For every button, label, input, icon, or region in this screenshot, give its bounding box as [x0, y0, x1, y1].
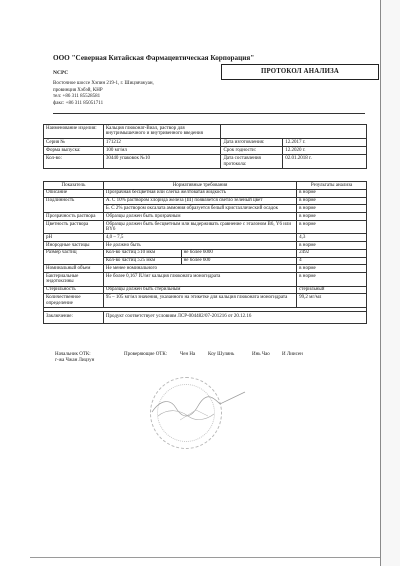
quantity-row: Кол-во: 30440 упаковок №10 Дата составле… [44, 155, 367, 169]
indicator-cell: Описание [44, 189, 104, 197]
conclusion-row: Заключение: Продукт соответствует услови… [44, 311, 367, 324]
address-line: Восточное шоссе Хэпин 219-1, г. Шицзячжу… [53, 81, 154, 88]
qc-inspectors-label: Проверяющие ОТК: [124, 352, 167, 358]
result-cell: 2492 [297, 249, 367, 257]
table-row: Цветность раствора Образцы должен быть б… [44, 220, 367, 233]
table-row: Подлинность А. С 10% раствором хлорида ж… [44, 197, 367, 205]
table-row: Размер частиц Кол-во частиц ≥10 мкм не б… [44, 249, 367, 257]
requirement-cell: Не более 0,167 IU/мг кальция глюконата м… [103, 273, 296, 286]
requirement-cell: 95 – 105 мг/мл значения, указанного на э… [103, 294, 296, 307]
conclusion-value: Продукт соответствует условиям ЛСР-00448… [103, 311, 366, 324]
limit-cell: не более 600 [181, 257, 297, 265]
indicator-cell: Бактериальные эндотоксины [44, 273, 104, 286]
product-name-row: Наименование изделия: Кальция глюконат-В… [44, 125, 367, 139]
requirement-cell: Образцы должен быть прозрачным [103, 213, 296, 221]
product-name-label: Наименование изделия: [44, 125, 104, 139]
table-row: Количественное определение 95 – 105 мг/м… [44, 294, 367, 307]
company-short-name: NCPC [53, 70, 68, 76]
limit-cell: не более 6000 [181, 249, 297, 257]
header-results: Результаты анализа [297, 182, 367, 190]
series-row: Серия № 171212 Дата изготовления: 12.201… [44, 138, 367, 146]
result-cell: в норме [297, 273, 367, 286]
head-of-qc-name: г-жа Чжан Лицзун [55, 358, 94, 364]
table-row: Стерильность Образцы должен быть стериль… [44, 286, 367, 294]
header-divider [53, 113, 365, 114]
table-row: Инородные частицы Не должно быть в норме [44, 242, 367, 250]
page-edge [380, 0, 381, 566]
empty-cell [221, 125, 367, 139]
analysis-table: Показатель Нормативные требования Резуль… [43, 181, 367, 324]
requirement-cell: Образцы должен быть бесцветным или выдер… [103, 220, 296, 233]
requirement-cell: Не менее номинального [103, 265, 296, 273]
series-value: 171212 [103, 138, 221, 146]
requirement-cell: Прозрачная бесцветная или слегка желтова… [103, 189, 296, 197]
result-cell: 4 [297, 257, 367, 265]
table-row: Номинальный объем Не менее номинального … [44, 265, 367, 273]
requirement-cell: 4,0 – 7,5 [103, 234, 296, 242]
indicator-cell: Количественное определение [44, 294, 104, 307]
page-bottom-edge [30, 557, 380, 558]
indicator-cell: Прозрачность раствора [44, 213, 104, 221]
form-label: Форма выпуска: [44, 146, 104, 154]
head-of-qc: Начальник ОТК: г-жа Чжан Лицзун [55, 352, 94, 364]
inspector-name: Чен На [180, 352, 195, 358]
result-cell: в норме [297, 205, 367, 213]
result-cell: стерильный [297, 286, 367, 294]
indicator-cell: Стерильность [44, 286, 104, 294]
result-cell: в норме [297, 189, 367, 197]
quantity-value: 30440 упаковок №10 [103, 155, 221, 169]
result-cell: в норме [297, 213, 367, 221]
protocol-date-label: Дата составления протокола: [221, 155, 283, 169]
requirement-cell: Не должно быть [103, 242, 296, 250]
result-cell: в норме [297, 242, 367, 250]
result-cell: в норме [297, 197, 367, 205]
protocol-date-value: 02.01.2018 г. [283, 155, 367, 169]
scan-margin [381, 0, 400, 566]
company-name: ООО "Северная Китайская Фармацевтическая… [53, 54, 254, 62]
result-cell: 99,2 мг/мл [297, 294, 367, 307]
header-indicator: Показатель [44, 182, 104, 190]
mfg-date-label: Дата изготовления: [221, 138, 283, 146]
quantity-label: Кол-во: [44, 155, 104, 169]
form-value: 100 мг/мл [103, 146, 221, 154]
result-cell: в норме [297, 220, 367, 233]
document-title: ПРОТОКОЛ АНАЛИЗА [221, 64, 379, 80]
indicator-cell: Подлинность [44, 197, 104, 213]
requirement-cell: А. С 10% раствором хлорида железа (III) … [103, 197, 296, 205]
table-row: pH 4,0 – 7,5 4,3 [44, 234, 367, 242]
indicator-cell: Размер частиц [44, 249, 104, 265]
result-cell: в норме [297, 265, 367, 273]
expiry-label: Срок годности: [221, 146, 283, 154]
product-info-table: Наименование изделия: Кальция глюконат-В… [43, 124, 367, 169]
form-row: Форма выпуска: 100 мг/мл Срок годности: … [44, 146, 367, 154]
inspector-name: Коу Шулянь [208, 352, 234, 358]
requirement-cell: Кол-во частиц ≥25 мкм [103, 257, 181, 265]
indicator-cell: Цветность раствора [44, 220, 104, 233]
mfg-date-value: 12.2017 г. [283, 138, 367, 146]
indicator-cell: Номинальный объем [44, 265, 104, 273]
table-row: Бактериальные эндотоксины Не более 0,167… [44, 273, 367, 286]
inspector-name: Инь Чао [252, 352, 270, 358]
indicator-cell: Инородные частицы [44, 242, 104, 250]
requirement-cell: Кол-во частиц ≥10 мкм [103, 249, 181, 257]
conclusion-label: Заключение: [44, 311, 104, 324]
expiry-value: 12.2020 г. [283, 146, 367, 154]
result-cell: 4,3 [297, 234, 367, 242]
fax-line: факс: +86 311 85051711 [53, 101, 154, 108]
company-address: Восточное шоссе Хэпин 219-1, г. Шицзячжу… [53, 81, 154, 107]
requirement-cell: Б. С 2% раствором оксалата аммония образ… [103, 205, 296, 213]
table-row: Описание Прозрачная бесцветная или слегк… [44, 189, 367, 197]
product-name-value: Кальция глюконат-Виал, раствор для внутр… [103, 125, 221, 139]
requirement-cell: Образцы должен быть стерильным [103, 286, 296, 294]
series-label: Серия № [44, 138, 104, 146]
header-requirements: Нормативные требования [103, 182, 296, 190]
indicator-cell: pH [44, 234, 104, 242]
table-row: Прозрачность раствора Образцы должен быт… [44, 213, 367, 221]
signature-scribble [150, 390, 250, 430]
analysis-header-row: Показатель Нормативные требования Резуль… [44, 182, 367, 190]
inspector-name: И Лиисен [282, 352, 303, 358]
